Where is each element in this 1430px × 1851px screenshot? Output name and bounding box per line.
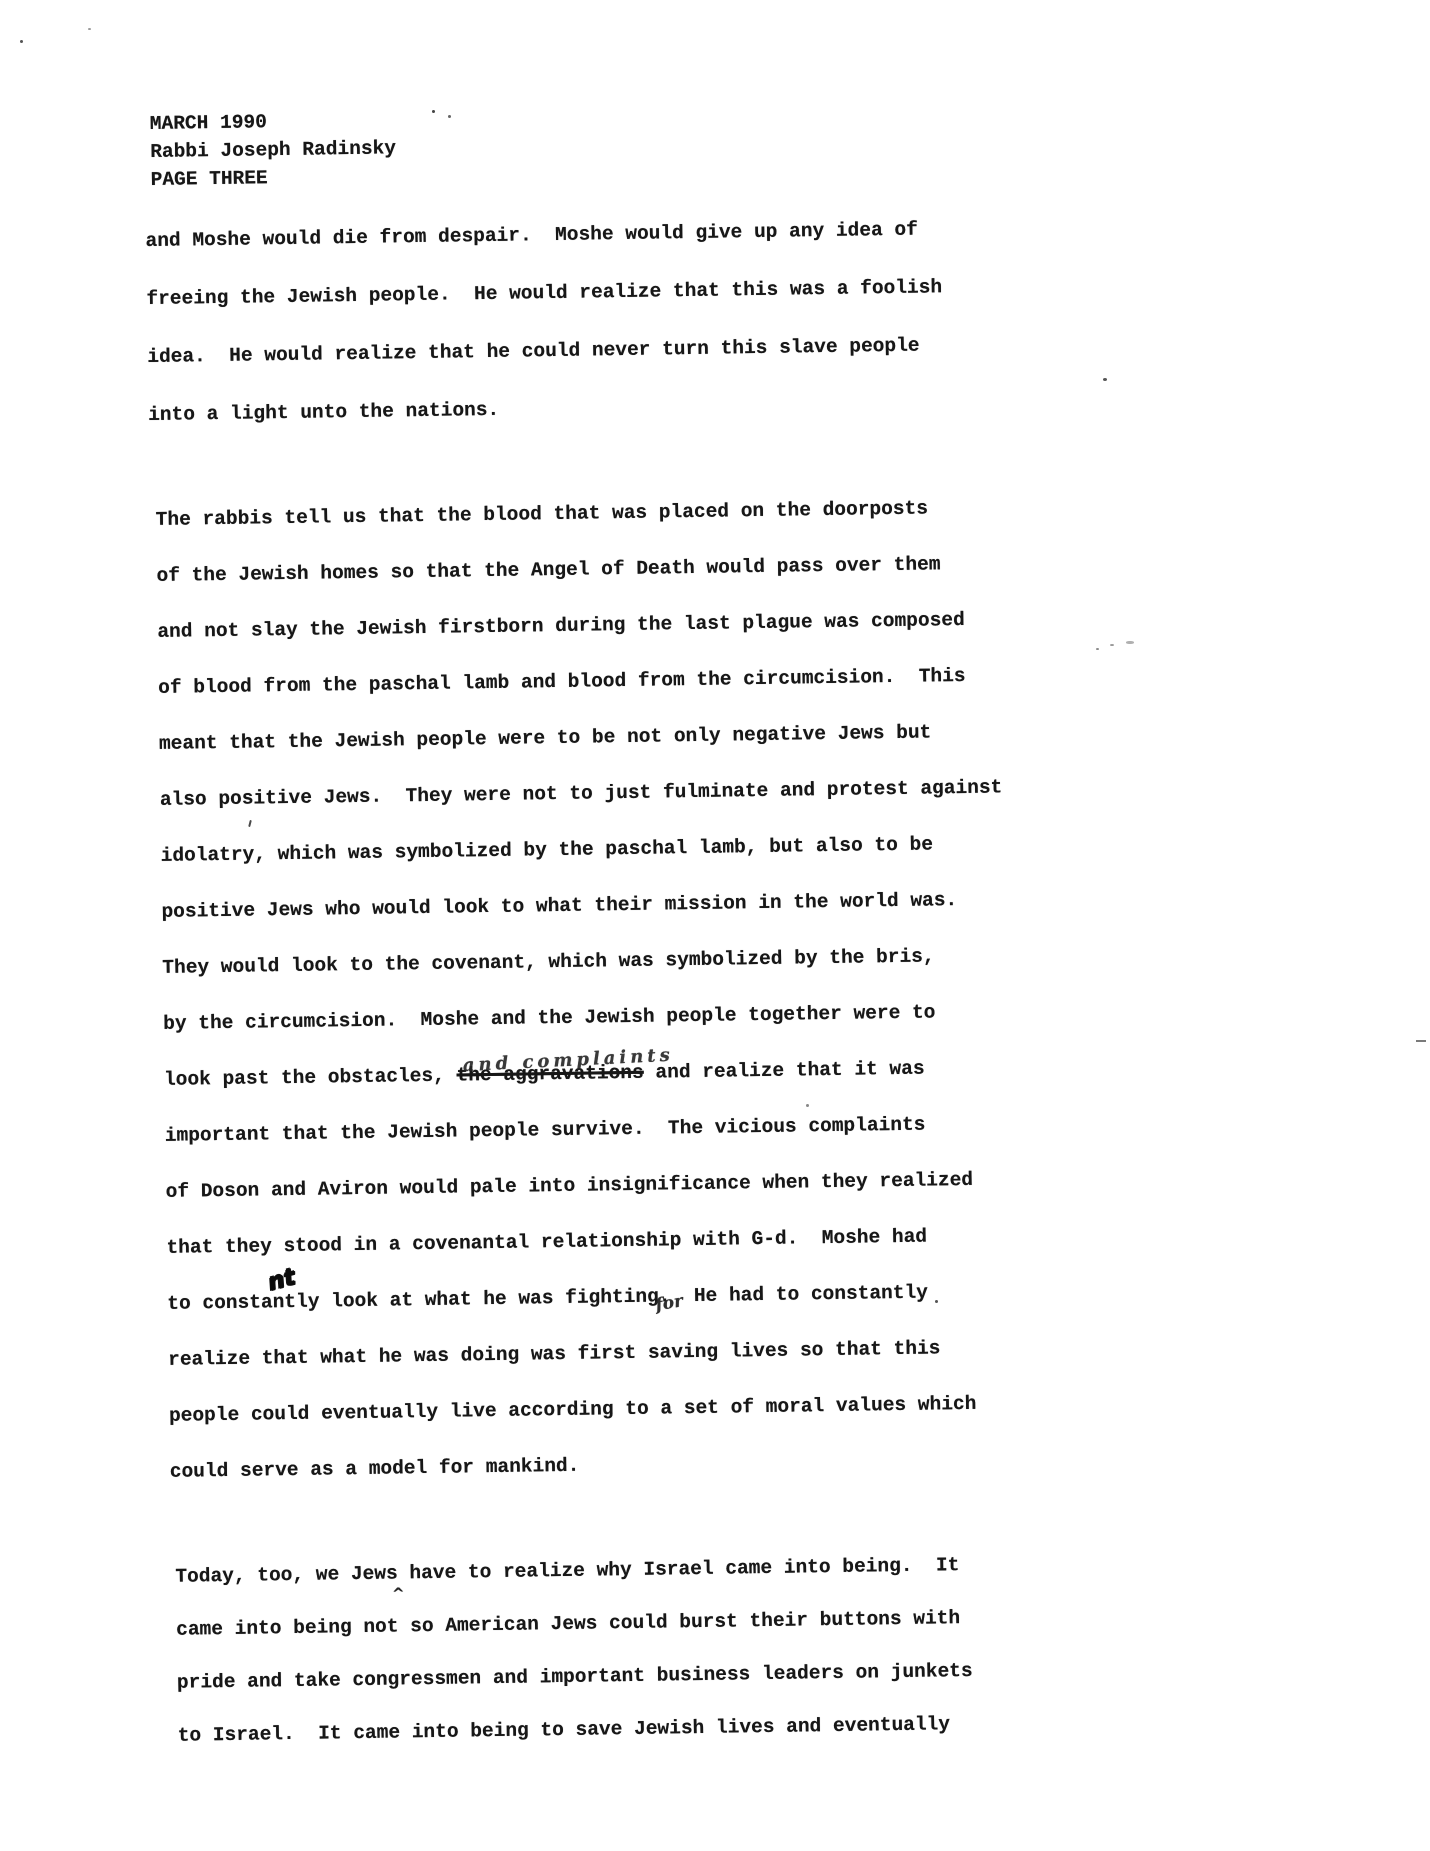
scan-artifact xyxy=(1416,1040,1426,1042)
scan-artifact xyxy=(88,28,91,30)
scan-artifact xyxy=(935,1300,938,1303)
body-line: into a light unto the nations. xyxy=(148,374,945,444)
caret-line-pre: Today, too, we Jews xyxy=(175,1562,398,1587)
paragraph-2: The rabbis tell us that the blood that w… xyxy=(155,479,1012,1499)
paragraph-3: Today, too, we Jews^ have to realize why… xyxy=(175,1539,974,1763)
corrected-line-mid-text: ly look at what he was fighting. xyxy=(296,1285,671,1313)
edited-line-pre: look past the obstacles, xyxy=(164,1065,457,1091)
handwritten-insertion-complaints: and complaints xyxy=(462,1056,673,1066)
scribble-overlay: nt xyxy=(269,1277,295,1284)
struck-text: the aggravationsand complaints xyxy=(456,1062,644,1087)
typewritten-content: MARCH 1990 Rabbi Joseph Radinsky PAGE TH… xyxy=(146,0,1333,1851)
scan-artifact xyxy=(20,40,23,43)
scan-artifact xyxy=(1110,644,1114,646)
typo-correction-scribble: ntnt xyxy=(272,1274,296,1330)
caret-mark: ^ xyxy=(392,1586,405,1601)
scan-artifact xyxy=(448,115,451,118)
scanned-document-page: MARCH 1990 Rabbi Joseph Radinsky PAGE TH… xyxy=(0,0,1430,1851)
scan-artifact xyxy=(1126,641,1134,644)
paragraph-1: and Moshe would die from despair. Moshe … xyxy=(145,200,944,444)
header-date: MARCH 1990 xyxy=(150,106,396,138)
body-line: to Israel. It came into being to save Je… xyxy=(177,1698,973,1763)
body-line: idea. He would realize that he could nev… xyxy=(147,316,944,386)
scan-artifact xyxy=(432,110,435,113)
header-page-number: PAGE THREE xyxy=(150,162,396,194)
header-author: Rabbi Joseph Radinsky xyxy=(150,134,396,166)
document-header: MARCH 1990 Rabbi Joseph Radinsky PAGE TH… xyxy=(150,106,397,194)
corrected-line-pre: to consta xyxy=(167,1291,273,1315)
scan-artifact xyxy=(1103,378,1107,381)
body-line: could serve as a model for mankind. xyxy=(169,1431,1012,1499)
caret-line-post: have to realize why Israel came into bei… xyxy=(398,1554,960,1584)
corrected-line-post: He had to constantly xyxy=(670,1282,928,1308)
scan-artifact xyxy=(1096,648,1099,650)
corrected-line-mid: ly look at what he was fighting.for xyxy=(296,1285,671,1313)
scan-artifact xyxy=(806,1104,809,1107)
edited-line-post: and realize that it was xyxy=(644,1058,925,1084)
